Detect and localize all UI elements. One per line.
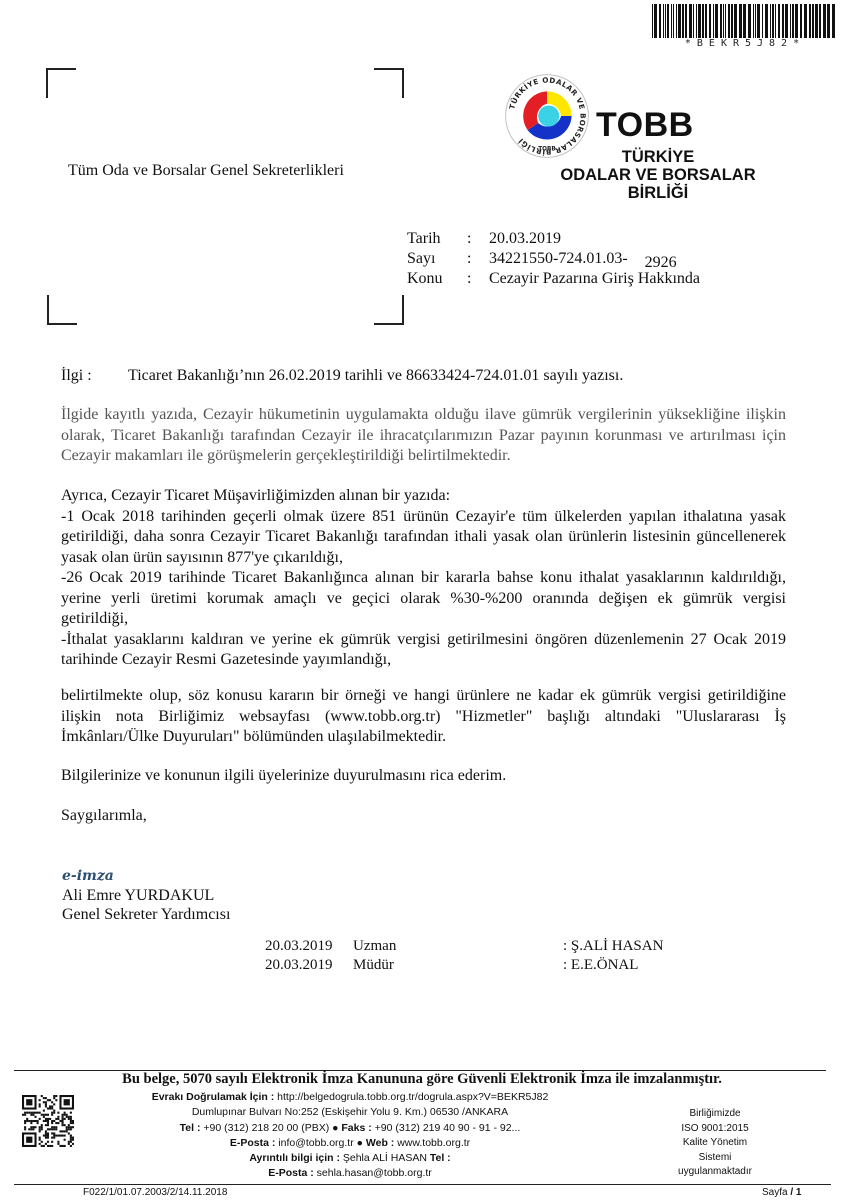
detail-email-line: E-Posta : sehla.hasan@tobb.org.tr [120,1166,580,1181]
text-line: ilişkin nota Birliğimiz websayfası (www.… [61,707,786,728]
meta-separator: : [467,229,489,249]
reference-text: Ticaret Bakanlığı’nın 26.02.2019 tarihli… [128,367,623,385]
page-label: Sayfa [762,1187,788,1198]
closing-salutation: Saygılarımla, [61,806,786,827]
email-web-line: E-Posta : info@tobb.org.tr ● Web : www.t… [120,1136,580,1151]
approval-role: Uzman [353,937,563,956]
meta-separator: : [467,249,489,269]
body-paragraph-1: İlgide kayıtlı yazıda, Cezayir hükumetin… [61,405,786,467]
tel-label: Tel : [180,1122,201,1134]
reference-label: İlgi : [61,367,128,385]
text-line: yerine yerli üretimi korumak amaçlı ve g… [61,589,786,610]
text-line: Ayrıca, Cezayir Ticaret Müşavirliğimizde… [61,486,786,507]
approval-date: 20.03.2019 [265,937,353,956]
web-value[interactable]: www.tobb.org.tr [397,1137,470,1149]
detail-email-label: E-Posta : [268,1167,314,1179]
email-value[interactable]: info@tobb.org.tr [278,1137,353,1149]
email-label: E-Posta : [230,1137,276,1149]
signer-title: Genel Sekreter Yardımcısı [62,905,230,924]
verify-url[interactable]: http://belgedogrula.tobb.org.tr/dogrula.… [277,1091,548,1103]
bullet-icon: ● [332,1122,338,1134]
text-line: -26 Ocak 2019 tarihinde Ticaret Bakanlığ… [61,568,786,589]
text-line: olarak, Ticaret Bakanlığı tarafından Cez… [61,426,786,447]
page-value: / 1 [790,1187,801,1198]
footer-contact: Evrakı Doğrulamak İçin : http://belgedog… [120,1090,580,1182]
web-label: Web : [366,1137,394,1149]
text-line: yasak olan ürün sayısının 877'ye çıkarıl… [61,548,786,569]
recipient: Tüm Oda ve Borsalar Genel Sekreterlikler… [68,162,344,180]
page-number: Sayfa / 1 [762,1187,801,1198]
e-signature-mark: e-imza [62,868,114,884]
detail-label: Ayrıntılı bilgi için : [249,1152,340,1164]
tobb-logo-icon: TÜRKİYE ODALAR VE BORSALAR BİRLİĞİ TOBB [503,72,591,160]
approval-row: 20.03.2019 Müdür : E.E.ÖNAL [265,956,663,975]
approval-role: Müdür [353,956,563,975]
footer-bottom-divider [14,1184,831,1185]
body-paragraph-3: belirtilmekte olup, söz konusu kararın b… [61,686,786,748]
approval-date: 20.03.2019 [265,956,353,975]
meta-date-value: 20.03.2019 [489,229,561,249]
bullet-icon: ● [357,1137,363,1149]
document-meta: Tarih : 20.03.2019 Sayı : 34221550-724.0… [407,229,700,289]
text-line: getirildiği, [61,609,786,630]
form-code: F022/1/01.07.2003/2/14.11.2018 [83,1187,227,1198]
org-name-line: ODALAR VE BORSALAR [548,166,768,184]
iso-line: Kalite Yönetim [660,1136,770,1151]
barcode [652,4,838,38]
meta-label: Konu [407,269,467,289]
text-line: İmkânları/Ülke Duyuruları" bölümünden ul… [61,727,786,748]
meta-label: Tarih [407,229,467,249]
qr-code-icon [22,1093,74,1149]
text-line: getirildiği, daha sonra Cezayir Ticaret … [61,527,786,548]
address-window-corner [46,68,76,98]
approval-list: 20.03.2019 Uzman : Ş.ALİ HASAN 20.03.201… [265,937,663,975]
footer-esignature-notice: Bu belge, 5070 sayılı Elektronik İmza Ka… [0,1071,844,1088]
text-line: İlgide kayıtlı yazıda, Cezayir hükumetin… [61,405,786,426]
fax-label: Faks : [341,1122,371,1134]
meta-number-row: Sayı : 34221550-724.01.03- 2926 [407,249,700,269]
meta-number-value: 34221550-724.01.03- [489,249,628,269]
text-line: -İthalat yasaklarını kaldıran ve yerine … [61,630,786,651]
reference: İlgi : Ticaret Bakanlığı’nın 26.02.2019 … [61,367,623,385]
approval-name: : E.E.ÖNAL [563,956,638,975]
approval-name: : Ş.ALİ HASAN [563,937,663,956]
barcode-code: *BEKR5J82* [652,38,838,49]
iso-line: Sistemi [660,1151,770,1166]
verify-line: Evrakı Doğrulamak İçin : http://belgedog… [120,1090,580,1105]
iso-notice: Birliğimizde ISO 9001:2015 Kalite Yöneti… [660,1107,770,1180]
detail-email-value[interactable]: sehla.hasan@tobb.org.tr [317,1167,432,1179]
address-window-corner [374,295,404,325]
address-line: Dumlupınar Bulvarı No:252 (Eskişehir Yol… [120,1105,580,1120]
org-name-line: BİRLİĞİ [548,184,768,202]
meta-label: Sayı [407,249,467,269]
meta-separator: : [467,269,489,289]
org-name-line: TÜRKİYE [548,148,768,166]
iso-line: uygulanmaktadır [660,1165,770,1180]
detail-name: Şehla ALİ HASAN [343,1152,427,1164]
signer: Ali Emre YURDAKUL Genel Sekreter Yardımc… [62,886,230,924]
org-acronym: TOBB [596,106,694,145]
verify-label: Evrakı Doğrulamak İçin : [152,1091,275,1103]
fax-value: +90 (312) 219 40 90 - 91 - 92... [375,1122,521,1134]
tel-value: +90 (312) 218 20 00 (PBX) [203,1122,329,1134]
meta-number-suffix: 2926 [645,253,677,273]
signer-name: Ali Emre YURDAKUL [62,886,230,905]
address-window-corner [374,68,404,98]
text-line: Cezayir makamları ile görüşmelerin gerçe… [61,446,786,467]
detail-line: Ayrıntılı bilgi için : Şehla ALİ HASAN T… [120,1151,580,1166]
iso-line: Birliğimizde [660,1107,770,1122]
detail-tel-label: Tel : [430,1152,451,1164]
approval-row: 20.03.2019 Uzman : Ş.ALİ HASAN [265,937,663,956]
text-line: belirtilmekte olup, söz konusu kararın b… [61,686,786,707]
iso-line: ISO 9001:2015 [660,1122,770,1137]
text-line: -1 Ocak 2018 tarihinden geçerli olmak üz… [61,507,786,528]
body-paragraph-2: Ayrıca, Cezayir Ticaret Müşavirliğimizde… [61,486,786,671]
text-line: tarihinde Cezayir Resmi Gazetesinde yayı… [61,650,786,671]
meta-date-row: Tarih : 20.03.2019 [407,229,700,249]
phone-line: Tel : +90 (312) 218 20 00 (PBX) ● Faks :… [120,1121,580,1136]
request-line: Bilgilerinize ve konunun ilgili üyelerin… [61,766,786,787]
address-window-corner [47,295,77,325]
org-full-name: TÜRKİYE ODALAR VE BORSALAR BİRLİĞİ [548,148,768,202]
